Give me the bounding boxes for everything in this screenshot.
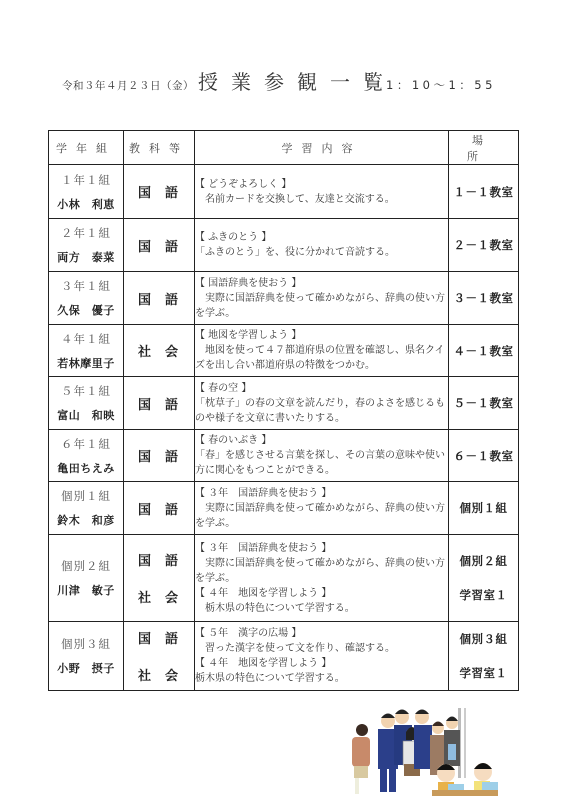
unit-title: 【 春の空 】 [195, 381, 448, 396]
place-label: １－１教室 [449, 184, 518, 200]
observation-schedule-table: 学年組 教科等 学習内容 場所 １年１組小林 利恵国語【 どうぞよろしく 】名前… [48, 130, 519, 691]
table-row: ２年１組両方 泰菜国語【 ふきのとう 】「ふきのとう」を、役に分かれて音読する。… [49, 219, 519, 272]
subject-label: 国語 [124, 499, 194, 518]
teacher-name: 富山 和映 [49, 407, 123, 423]
subject-cell: 国語社会 [124, 622, 195, 691]
place-label: ５－１教室 [449, 395, 518, 411]
lesson-description: 実際に国語辞典を使って確かめながら、辞典の使い方を学ぶ。 [195, 501, 448, 531]
place-label: 学習室１ [449, 587, 518, 603]
teacher-name: 小野 摂子 [49, 660, 123, 676]
grade-cell: ２年１組両方 泰菜 [49, 219, 124, 272]
title-text: 授業参観一覧 [198, 70, 396, 94]
subject-label: 社会 [124, 587, 194, 606]
place-cell: １－１教室 [449, 165, 519, 219]
table-row: ５年１組富山 和映国語【 春の空 】「枕草子」の春の文章を読んだり，春のよさを感… [49, 377, 519, 430]
content-cell: 【 地図を学習しよう 】地図を使って４７都道府県の位置を確認し、県名クイズを出し… [195, 325, 449, 377]
place-cell: 個別３組学習室１ [449, 622, 519, 691]
teacher-name: 川津 敏子 [49, 582, 123, 598]
subject-label: 国語 [124, 628, 194, 647]
lesson-description: 習った漢字を使って文を作り、確認する。 [195, 641, 448, 656]
unit-title: 【 ５年 漢字の広場 】 [195, 626, 448, 641]
table-row: ３年１組久保 優子国語【 国語辞典を使おう 】実際に国語辞典を使って確かめながら… [49, 272, 519, 325]
unit-title: 【 国語辞典を使おう 】 [195, 276, 448, 291]
teacher-name: 若林摩里子 [49, 355, 123, 371]
place-cell: ２－１教室 [449, 219, 519, 272]
lesson-description: 「春」を感じさせる言葉を探し、その言葉の意味や使い方に関心をもつことができる。 [195, 448, 448, 478]
parents-observing-class-illustration [340, 704, 500, 800]
lesson-description: 地図を使って４７都道府県の位置を確認し、県名クイズを出し合い都道府県の特徴をつか… [195, 343, 448, 373]
content-cell: 【 ふきのとう 】「ふきのとう」を、役に分かれて音読する。 [195, 219, 449, 272]
place-label: ３－１教室 [449, 290, 518, 306]
subject-label: 国語 [124, 394, 194, 413]
table-row: 個別２組川津 敏子国語社会【 ３年 国語辞典を使おう 】実際に国語辞典を使って確… [49, 535, 519, 622]
unit-title: 【 ３年 国語辞典を使おう 】 [195, 486, 448, 501]
grade-cell: ４年１組若林摩里子 [49, 325, 124, 377]
subject-label: 国語 [124, 550, 194, 569]
table-row: １年１組小林 利恵国語【 どうぞよろしく 】名前カードを交換して、友達と交流する… [49, 165, 519, 219]
place-label: 個別２組 [449, 553, 518, 569]
unit-title: 【 ４年 地図を学習しよう 】 [195, 656, 448, 671]
grade-cell: ６年１組亀田ちえみ [49, 430, 124, 482]
grade-label: 個別２組 [49, 558, 123, 574]
subject-cell: 国語 [124, 377, 195, 430]
table-row: ４年１組若林摩里子社会【 地図を学習しよう 】地図を使って４７都道府県の位置を確… [49, 325, 519, 377]
lesson-description: 栃木県の特色について学習する。 [195, 671, 448, 686]
table-header-row: 学年組 教科等 学習内容 場所 [49, 131, 519, 165]
place-label: 個別３組 [449, 631, 518, 647]
place-cell: ５－１教室 [449, 377, 519, 430]
unit-title: 【 ４年 地図を学習しよう 】 [195, 586, 448, 601]
grade-label: ６年１組 [49, 436, 123, 452]
place-label: 学習室１ [449, 665, 518, 681]
lesson-description: 栃木県の特色について学習する。 [195, 601, 448, 616]
grade-label: ２年１組 [49, 225, 123, 241]
column-header-grade: 学年組 [49, 131, 124, 165]
document-title: 令和３年４月２３日（金）授業参観一覧1：10～1：55 [62, 66, 522, 92]
place-label: ２－１教室 [449, 237, 518, 253]
subject-label: 社会 [124, 341, 194, 360]
lesson-description: 名前カードを交換して、友達と交流する。 [195, 192, 448, 207]
grade-cell: ３年１組久保 優子 [49, 272, 124, 325]
lesson-description: 実際に国語辞典を使って確かめながら、辞典の使い方を学ぶ。 [195, 556, 448, 586]
lesson-description: 実際に国語辞典を使って確かめながら、辞典の使い方を学ぶ。 [195, 291, 448, 321]
column-header-subject: 教科等 [124, 131, 195, 165]
grade-label: ３年１組 [49, 278, 123, 294]
content-cell: 【 どうぞよろしく 】名前カードを交換して、友達と交流する。 [195, 165, 449, 219]
content-cell: 【 春のいぶき 】「春」を感じさせる言葉を探し、その言葉の意味や使い方に関心をも… [195, 430, 449, 482]
time-text: 1：10～1：55 [386, 78, 496, 92]
place-label: ６－１教室 [449, 448, 518, 464]
subject-cell: 国語 [124, 482, 195, 535]
teacher-name: 久保 優子 [49, 302, 123, 318]
grade-cell: 個別２組川津 敏子 [49, 535, 124, 622]
subject-cell: 国語 [124, 272, 195, 325]
place-cell: 個別２組学習室１ [449, 535, 519, 622]
subject-label: 社会 [124, 665, 194, 684]
place-label: ４－１教室 [449, 343, 518, 359]
grade-label: ５年１組 [49, 383, 123, 399]
unit-title: 【 ふきのとう 】 [195, 230, 448, 245]
table-row: 個別３組小野 摂子国語社会【 ５年 漢字の広場 】習った漢字を使って文を作り、確… [49, 622, 519, 691]
place-cell: ３－１教室 [449, 272, 519, 325]
unit-title: 【 ３年 国語辞典を使おう 】 [195, 541, 448, 556]
subject-label: 国語 [124, 289, 194, 308]
grade-cell: 個別３組小野 摂子 [49, 622, 124, 691]
unit-title: 【 春のいぶき 】 [195, 433, 448, 448]
unit-title: 【 どうぞよろしく 】 [195, 177, 448, 192]
grade-cell: ５年１組富山 和映 [49, 377, 124, 430]
grade-cell: 個別１組鈴木 和彦 [49, 482, 124, 535]
subject-label: 国語 [124, 446, 194, 465]
table-row: 個別１組鈴木 和彦国語【 ３年 国語辞典を使おう 】実際に国語辞典を使って確かめ… [49, 482, 519, 535]
lesson-description: 「ふきのとう」を、役に分かれて音読する。 [195, 245, 448, 260]
grade-label: ４年１組 [49, 331, 123, 347]
place-cell: ４－１教室 [449, 325, 519, 377]
subject-cell: 国語 [124, 219, 195, 272]
column-header-place: 場所 [449, 131, 519, 165]
subject-label: 国語 [124, 236, 194, 255]
content-cell: 【 ５年 漢字の広場 】習った漢字を使って文を作り、確認する。【 ４年 地図を学… [195, 622, 449, 691]
subject-cell: 国語 [124, 430, 195, 482]
place-cell: ６－１教室 [449, 430, 519, 482]
subject-cell: 国語 [124, 165, 195, 219]
grade-cell: １年１組小林 利恵 [49, 165, 124, 219]
content-cell: 【 春の空 】「枕草子」の春の文章を読んだり，春のよさを感じるものや様子を文章に… [195, 377, 449, 430]
place-cell: 個別１組 [449, 482, 519, 535]
content-cell: 【 ３年 国語辞典を使おう 】実際に国語辞典を使って確かめながら、辞典の使い方を… [195, 482, 449, 535]
unit-title: 【 地図を学習しよう 】 [195, 328, 448, 343]
subject-label: 国語 [124, 182, 194, 201]
teacher-name: 亀田ちえみ [49, 460, 123, 476]
subject-cell: 社会 [124, 325, 195, 377]
column-header-content: 学習内容 [195, 131, 449, 165]
table-row: ６年１組亀田ちえみ国語【 春のいぶき 】「春」を感じさせる言葉を探し、その言葉の… [49, 430, 519, 482]
grade-label: 個別３組 [49, 636, 123, 652]
place-label: 個別１組 [449, 500, 518, 516]
grade-label: 個別１組 [49, 488, 123, 504]
teacher-name: 鈴木 和彦 [49, 512, 123, 528]
teacher-name: 小林 利恵 [49, 196, 123, 212]
content-cell: 【 国語辞典を使おう 】実際に国語辞典を使って確かめながら、辞典の使い方を学ぶ。 [195, 272, 449, 325]
teacher-name: 両方 泰菜 [49, 249, 123, 265]
grade-label: １年１組 [49, 172, 123, 188]
date-text: 令和３年４月２３日（金） [62, 80, 194, 92]
subject-cell: 国語社会 [124, 535, 195, 622]
content-cell: 【 ３年 国語辞典を使おう 】実際に国語辞典を使って確かめながら、辞典の使い方を… [195, 535, 449, 622]
lesson-description: 「枕草子」の春の文章を読んだり，春のよさを感じるものや様子を文章に書いたりする。 [195, 396, 448, 426]
